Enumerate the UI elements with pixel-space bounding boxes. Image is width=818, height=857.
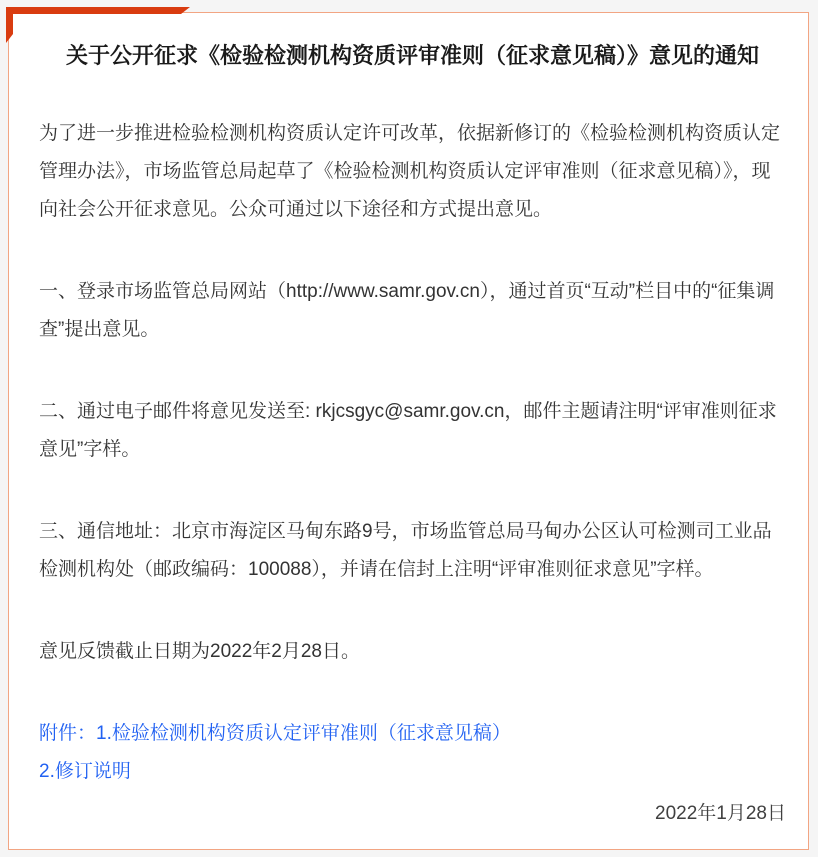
feedback-method-mail-paragraph: 三、通信地址：北京市海淀区马甸东路9号，市场监管总局马甸办公区认可检测司工业品检…	[39, 513, 786, 589]
notice-title: 关于公开征求《检验检测机构资质评审准则（征求意见稿）》意见的通知	[39, 43, 786, 69]
notice-date: 2022年1月28日	[39, 795, 786, 833]
attachment-line-2: 2.修订说明	[39, 753, 786, 791]
attachment-link-revision-notes[interactable]: 2.修订说明	[39, 761, 131, 782]
attachments-section: 附件：1.检验检测机构资质认定评审准则（征求意见稿） 2.修订说明	[39, 715, 786, 791]
attachment-link-review-criteria[interactable]: 1.检验检测机构资质认定评审准则（征求意见稿）	[96, 723, 511, 744]
corner-accent-horizontal	[6, 7, 190, 14]
notice-card: 关于公开征求《检验检测机构资质评审准则（征求意见稿）》意见的通知 为了进一步推进…	[8, 12, 809, 850]
page-background: 关于公开征求《检验检测机构资质评审准则（征求意见稿）》意见的通知 为了进一步推进…	[0, 0, 818, 857]
attachment-line-1: 附件：1.检验检测机构资质认定评审准则（征求意见稿）	[39, 715, 786, 753]
feedback-method-website-paragraph: 一、登录市场监管总局网站（http://www.samr.gov.cn），通过首…	[39, 273, 786, 349]
attachments-label: 附件：	[39, 723, 96, 744]
feedback-method-email-paragraph: 二、通过电子邮件将意见发送至: rkjcsgyc@samr.gov.cn，邮件主…	[39, 393, 786, 469]
notice-intro-paragraph: 为了进一步推进检验检测机构资质认定许可改革，依据新修订的《检验检测机构资质认定管…	[39, 115, 786, 229]
feedback-deadline-paragraph: 意见反馈截止日期为2022年2月28日。	[39, 633, 786, 671]
